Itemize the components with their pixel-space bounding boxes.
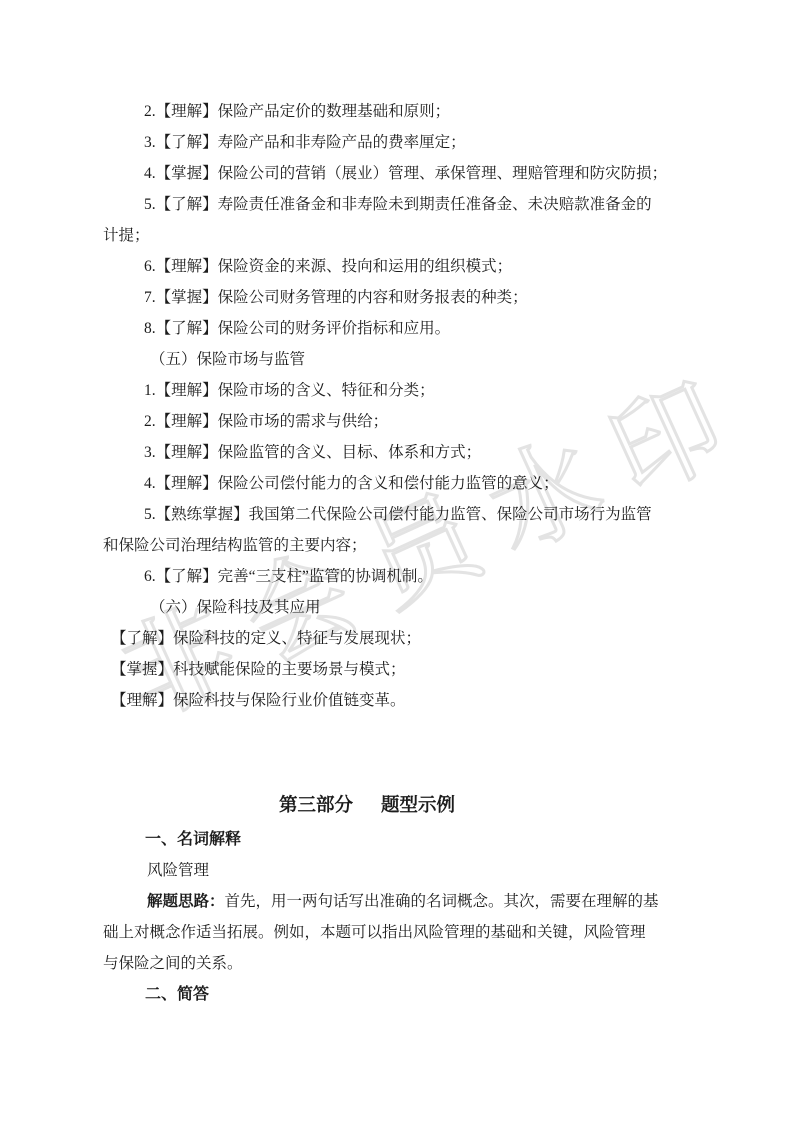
syllabus-line: 5.【熟练掌握】我国第二代保险公司偿付能力监管、保险公司市场行为监管 (103, 499, 695, 530)
syllabus-line: 5.【了解】寿险责任准备金和非寿险未到期责任准备金、未决赔款准备金的 (103, 189, 695, 220)
tip-text-1: 首先，用一两句话写出准确的名词概念。其次，需要在理解的基 (225, 893, 659, 910)
syllabus-line: 6.【了解】完善“三支柱”监管的协调机制。 (103, 561, 695, 592)
syllabus-line: （六）保险科技及其应用 (103, 592, 695, 623)
syllabus-line: 计提； (103, 220, 695, 251)
tip-lead-label: 解题思路： (147, 893, 225, 910)
syllabus-line: 4.【理解】保险公司偿付能力的含义和偿付能力监管的意义； (103, 468, 695, 499)
syllabus-line: 6.【理解】保险资金的来源、投向和运用的组织模式； (103, 251, 695, 282)
syllabus-line: （五）保险市场与监管 (103, 344, 695, 375)
syllabus-line: 8.【了解】保险公司的财务评价指标和应用。 (103, 313, 695, 344)
answer-tip-line-3: 与保险之间的关系。 (103, 948, 695, 979)
syllabus-line: 【理解】保险科技与保险行业价值链变革。 (103, 685, 695, 716)
syllabus-line: 【掌握】科技赋能保险的主要场景与模式； (103, 654, 695, 685)
part-three-heading: 第三部分题型示例 (103, 788, 631, 824)
syllabus-line: 【了解】保险科技的定义、特征与发展现状； (103, 623, 695, 654)
heading-part-title: 题型示例 (381, 796, 455, 816)
syllabus-line: 1.【理解】保险市场的含义、特征和分类； (103, 375, 695, 406)
syllabus-line: 2.【理解】保险产品定价的数理基础和原则； (103, 96, 695, 127)
syllabus-line: 4.【掌握】保险公司的营销（展业）管理、承保管理、理赔管理和防灾防损； (103, 158, 695, 189)
syllabus-line: 7.【掌握】保险公司财务管理的内容和财务报表的种类； (103, 282, 695, 313)
syllabus-line: 2.【理解】保险市场的需求与供给； (103, 406, 695, 437)
heading-part-number: 第三部分 (279, 796, 353, 816)
answer-tip-line-1: 解题思路：首先，用一两句话写出准确的名词概念。其次，需要在理解的基 (103, 886, 695, 917)
document-page: 非会员水印 2.【理解】保险产品定价的数理基础和原则；3.【了解】寿险产品和非寿… (0, 0, 793, 1122)
syllabus-list: 2.【理解】保险产品定价的数理基础和原则；3.【了解】寿险产品和非寿险产品的费率… (103, 96, 695, 716)
syllabus-line: 3.【了解】寿险产品和非寿险产品的费率厘定； (103, 127, 695, 158)
question-term: 风险管理 (103, 855, 695, 886)
question-type-1-label: 一、名词解释 (103, 824, 695, 855)
question-type-2-label: 二、简答 (103, 979, 695, 1010)
syllabus-line: 和保险公司治理结构监管的主要内容； (103, 530, 695, 561)
document-content: 2.【理解】保险产品定价的数理基础和原则；3.【了解】寿险产品和非寿险产品的费率… (103, 96, 695, 1010)
answer-tip-line-2: 础上对概念作适当拓展。例如，本题可以指出风险管理的基础和关键，风险管理 (103, 917, 695, 948)
syllabus-line: 3.【理解】保险监管的含义、目标、体系和方式； (103, 437, 695, 468)
